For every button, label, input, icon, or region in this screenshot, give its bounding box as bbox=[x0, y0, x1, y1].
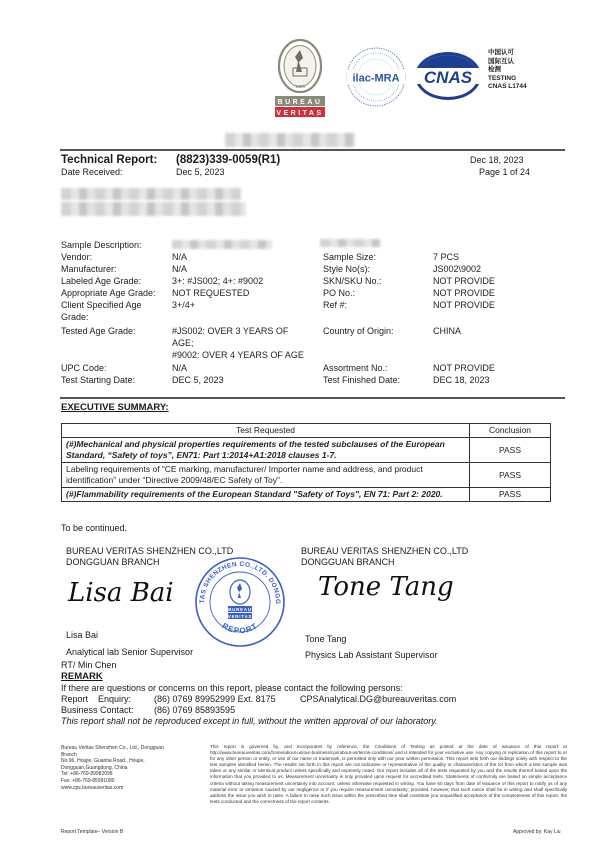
report-enquiry-label: Report Enquiry: bbox=[61, 694, 131, 706]
company-seal-stamp: BUREAU VERITAS SHENZHEN CO.,LTD. DONGGUA… bbox=[192, 556, 288, 648]
date-received-label: Date Received: bbox=[61, 167, 123, 179]
po-no-label: PO No.: bbox=[323, 288, 355, 300]
test-starting-date-value: DEC 5, 2023 bbox=[172, 375, 224, 387]
report-enquiry-email[interactable]: CPSAnalytical.DG@bureauveritas.com bbox=[300, 694, 456, 706]
executive-summary-table: Test Requested Conclusion (#)Mechanical … bbox=[61, 423, 551, 502]
column-header-test-requested: Test Requested bbox=[62, 424, 470, 438]
client-specified-age-label: Client Specified Age bbox=[61, 300, 142, 312]
conclusion-cell: PASS bbox=[470, 438, 551, 463]
appropriate-age-grade-value: NOT REQUESTED bbox=[172, 288, 249, 300]
ref-label: Ref #: bbox=[323, 300, 347, 312]
redacted-sample-description bbox=[320, 239, 380, 247]
client-specified-age-value: 3+/4+ bbox=[172, 300, 195, 312]
manufacturer-label: Manufacturer: bbox=[61, 264, 117, 276]
svg-text:CNAS: CNAS bbox=[424, 68, 473, 87]
report-enquiry-phone: (86) 0769 89952999 Ext. 8175 bbox=[154, 694, 276, 706]
assortment-no-label: Assortment No.: bbox=[323, 363, 388, 375]
style-no-label: Style No(s): bbox=[323, 264, 370, 276]
labeled-age-grade-label: Labeled Age Grade: bbox=[61, 276, 141, 288]
cnas-line: CNAS L1744 bbox=[488, 83, 527, 92]
upc-code-value: N/A bbox=[172, 363, 187, 375]
svg-text:VERITAS: VERITAS bbox=[228, 614, 252, 619]
right-signature: Tone Tang bbox=[318, 572, 454, 602]
reproduction-disclaimer: This report shall not be reproduced exce… bbox=[61, 716, 438, 728]
test-requested-cell: Labeling requirements of “CE marking, ma… bbox=[62, 463, 470, 488]
address-line: Bureau Veritas Shenzhen Co., Ltd., Dongg… bbox=[61, 745, 201, 752]
page-info: Page 1 of 24 bbox=[479, 167, 530, 179]
remark-title: REMARK bbox=[61, 671, 103, 682]
tested-age-grade-value-cont: AGE; bbox=[172, 338, 194, 350]
executive-summary-title: EXECUTIVE SUMMARY: bbox=[61, 402, 169, 413]
svg-text:1828: 1828 bbox=[295, 84, 306, 89]
cnas-logo: CNAS bbox=[413, 50, 483, 102]
labeled-age-grade-value: 3+: #JS002; 4+: #9002 bbox=[172, 276, 263, 288]
cnas-line: 中国认可 bbox=[488, 49, 527, 58]
sample-size-value: 7 PCS bbox=[433, 252, 459, 264]
report-date: Dec 18, 2023 bbox=[470, 155, 524, 167]
redacted-client-address bbox=[61, 202, 246, 216]
test-starting-date-label: Test Starting Date: bbox=[61, 375, 135, 387]
rt-reviewer: RT/ Min Chen bbox=[61, 660, 116, 672]
sample-description-label: Sample Description: bbox=[61, 240, 142, 252]
tested-age-grade-value-cont: #9002: OVER 4 YEARS OF AGE bbox=[172, 350, 304, 362]
table-row: Labeling requirements of “CE marking, ma… bbox=[62, 463, 551, 488]
appropriate-age-grade-label: Appropriate Age Grade: bbox=[61, 288, 156, 300]
skn-sku-value: NOT PROVIDE bbox=[433, 276, 495, 288]
to-be-continued: To be continued. bbox=[61, 523, 127, 535]
address-line: No.96, Houjie, Guantai Road., Houjie, bbox=[61, 758, 201, 765]
address-website[interactable]: www.cps.bureauveritas.com bbox=[61, 785, 201, 792]
right-signatory-branch: DONGGUAN BRANCH bbox=[301, 557, 395, 569]
assortment-no-value: NOT PROVIDE bbox=[433, 363, 495, 375]
redacted-client-name bbox=[225, 133, 355, 147]
redacted-client-address bbox=[61, 188, 241, 200]
left-signature: Lisa Bai bbox=[68, 578, 174, 608]
remark-intro: If there are questions or concerns on th… bbox=[61, 683, 403, 695]
style-no-value: JS002\9002 bbox=[433, 264, 481, 276]
business-contact-phone: (86) 0769 85893595 bbox=[154, 705, 235, 717]
redacted-sample-description bbox=[172, 240, 272, 249]
sample-size-label: Sample Size: bbox=[323, 252, 376, 264]
right-signatory-name: Tone Tang bbox=[305, 634, 346, 646]
conclusion-cell: PASS bbox=[470, 463, 551, 488]
date-received: Dec 5, 2023 bbox=[176, 167, 225, 179]
business-contact-label: Business Contact: bbox=[61, 705, 134, 717]
conclusion-cell: PASS bbox=[470, 488, 551, 502]
test-finished-date-label: Test Finished Date: bbox=[323, 375, 400, 387]
svg-text:REPORT: REPORT bbox=[221, 621, 260, 635]
address-line: Tel: +86-769-89982098 bbox=[61, 771, 201, 778]
report-template-version: Report Template– Version B bbox=[61, 829, 123, 836]
summary-divider bbox=[60, 397, 565, 399]
legal-terms-text: This report is governed by, and incorpor… bbox=[210, 744, 567, 805]
left-signatory-name: Lisa Bai bbox=[66, 630, 98, 642]
report-label: Technical Report: bbox=[61, 154, 157, 166]
svg-text:BUREAU: BUREAU bbox=[278, 99, 323, 106]
approved-by: Approved by: Kay Liu bbox=[513, 829, 561, 836]
report-number: (8823)339-0059(R1) bbox=[176, 154, 280, 166]
cnas-accreditation-text: 中国认可 国际互认 检测 TESTING CNAS L1744 bbox=[488, 49, 527, 92]
vendor-label: Vendor: bbox=[61, 252, 92, 264]
left-signatory-title: Analytical lab Senior Supervisor bbox=[66, 647, 193, 659]
ilac-mra-logo: ilac-MRA bbox=[345, 46, 407, 108]
bureau-veritas-logo: 1828 BUREAU VERITAS bbox=[265, 38, 335, 120]
svg-text:BUREAU: BUREAU bbox=[228, 607, 252, 612]
test-requested-cell: (#)Mechanical and physical properties re… bbox=[62, 438, 470, 463]
vendor-value: N/A bbox=[172, 252, 187, 264]
cnas-line: TESTING bbox=[488, 75, 527, 84]
header-divider bbox=[60, 149, 565, 151]
address-line: Branch bbox=[61, 752, 201, 759]
skn-sku-label: SKN/SKU No.: bbox=[323, 276, 382, 288]
right-signatory-company: BUREAU VERITAS SHENZHEN CO.,LTD bbox=[301, 546, 468, 558]
table-row: (#)Mechanical and physical properties re… bbox=[62, 438, 551, 463]
manufacturer-value: N/A bbox=[172, 264, 187, 276]
right-signatory-title: Physics Lab Assistant Supervisor bbox=[305, 650, 438, 662]
lab-address: Bureau Veritas Shenzhen Co., Ltd., Dongg… bbox=[61, 745, 201, 791]
upc-code-label: UPC Code: bbox=[61, 363, 107, 375]
country-of-origin-value: CHINA bbox=[433, 326, 461, 338]
ref-value: NOT PROVIDE bbox=[433, 300, 495, 312]
client-specified-age-label-cont: Grade: bbox=[61, 312, 89, 324]
test-requested-cell: (#)Flammability requirements of the Euro… bbox=[62, 488, 470, 502]
address-line: Dongguan,Guangdong, China bbox=[61, 765, 201, 772]
cnas-line: 国际互认 bbox=[488, 58, 527, 67]
tested-age-grade-value: #JS002: OVER 3 YEARS OF bbox=[172, 326, 288, 338]
left-signatory-branch: DONGGUAN BRANCH bbox=[66, 557, 160, 569]
svg-text:VERITAS: VERITAS bbox=[276, 110, 323, 117]
cnas-line: 检测 bbox=[488, 66, 527, 75]
country-of-origin-label: Country of Origin: bbox=[323, 326, 394, 338]
svg-text:ilac-MRA: ilac-MRA bbox=[352, 73, 399, 85]
column-header-conclusion: Conclusion bbox=[470, 424, 551, 438]
po-no-value: NOT PROVIDE bbox=[433, 288, 495, 300]
tested-age-grade-label: Tested Age Grade: bbox=[61, 326, 136, 338]
test-finished-date-value: DEC 18, 2023 bbox=[433, 375, 490, 387]
address-line: Fax: +86-769-85991080 bbox=[61, 778, 201, 785]
table-row: (#)Flammability requirements of the Euro… bbox=[62, 488, 551, 502]
table-header-row: Test Requested Conclusion bbox=[62, 424, 551, 438]
